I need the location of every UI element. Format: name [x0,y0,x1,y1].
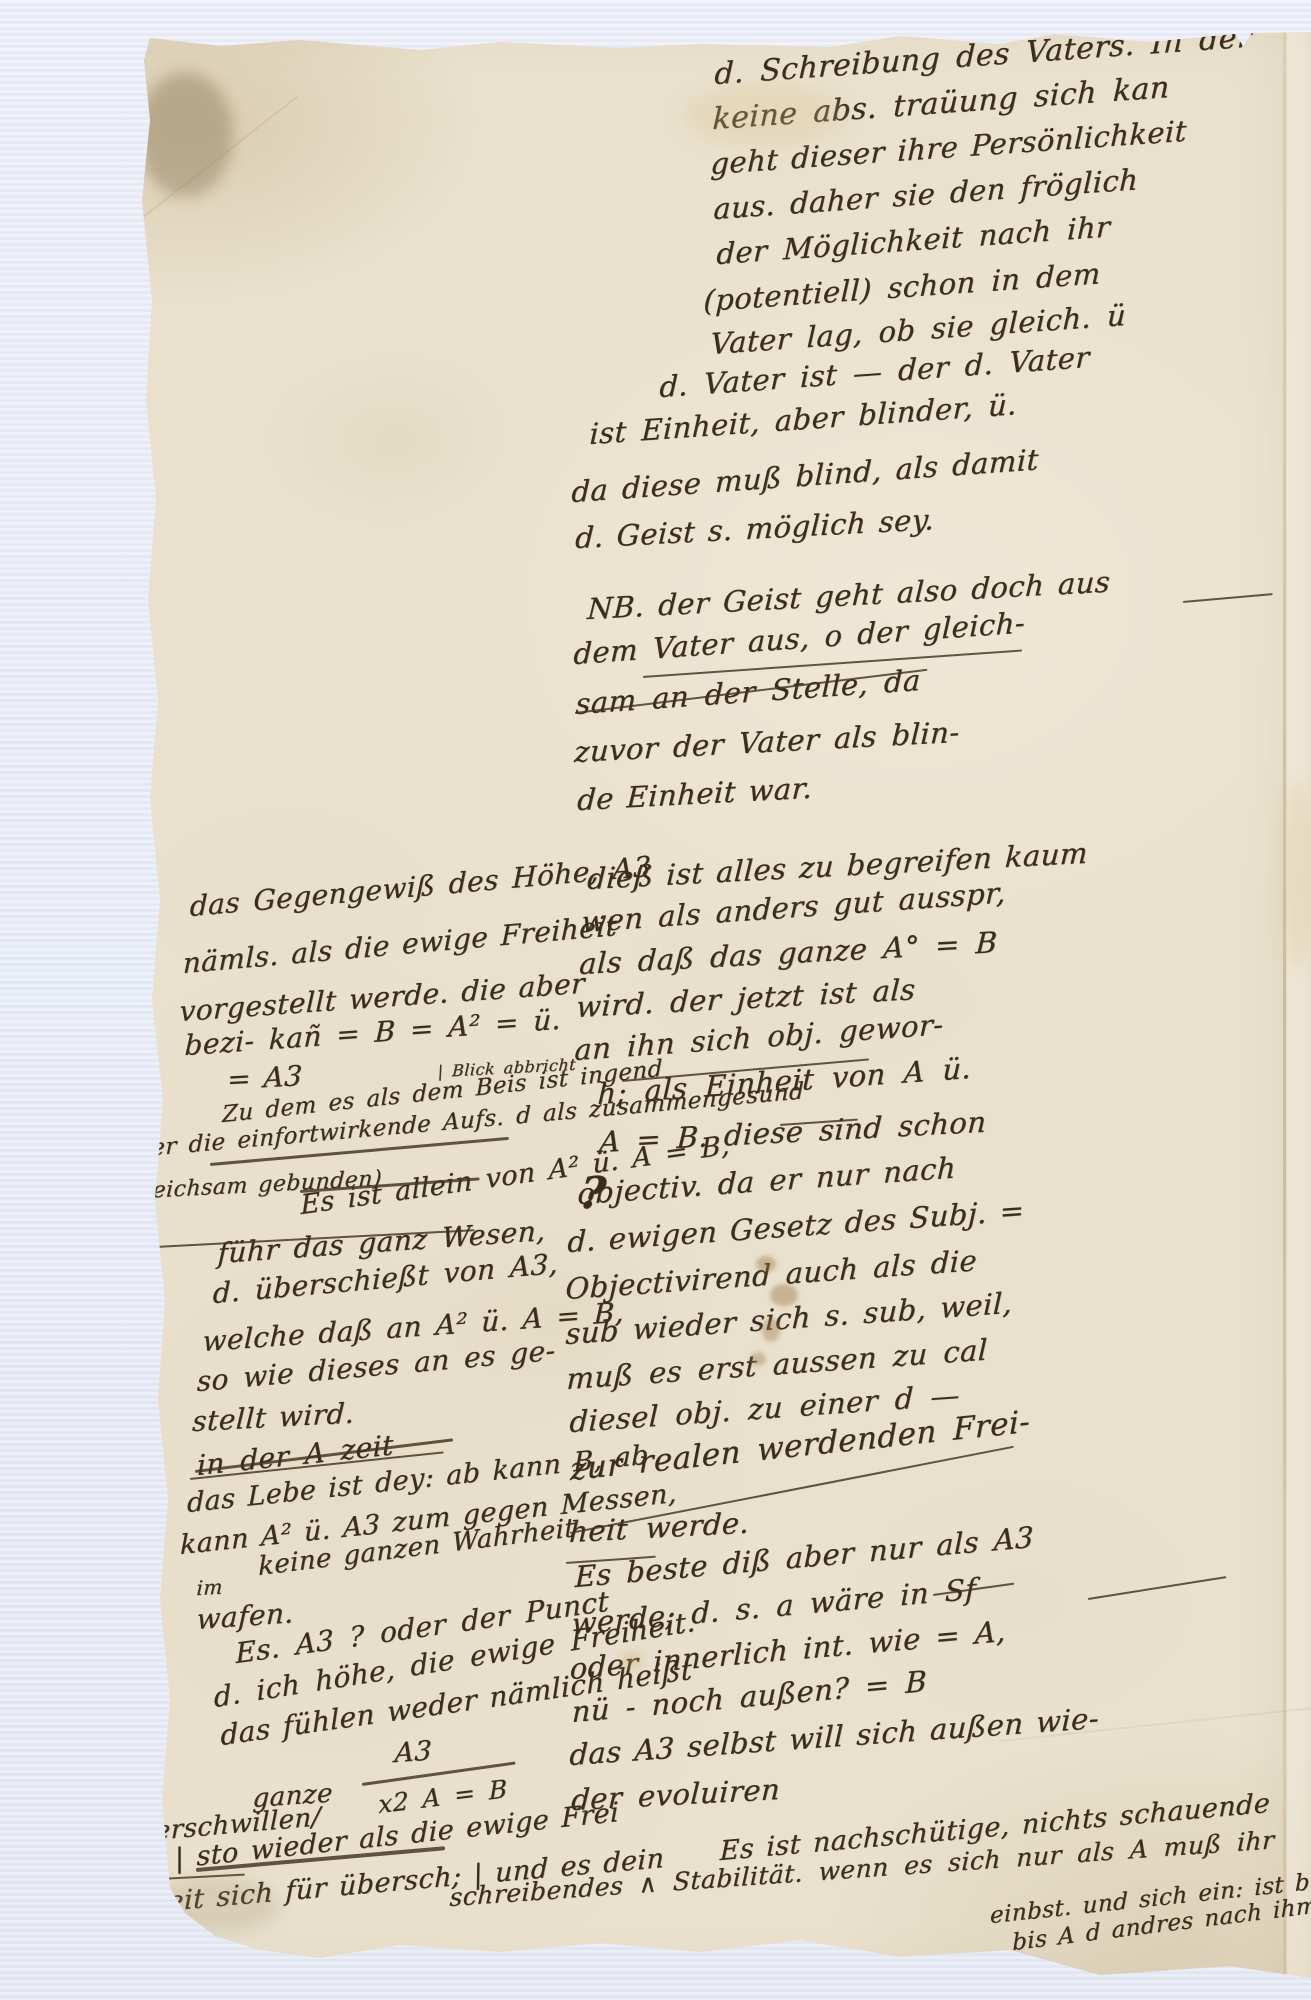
handwriting-line-left: = A3 [227,1062,304,1094]
handwriting-line-right: ist Einheit, aber blinder, ü. [589,390,1017,449]
handwriting-line-left: im [196,1577,223,1598]
handwriting-line-right: als daß das ganze A° = B [578,928,998,979]
handwriting-line-left: wafen. [196,1599,294,1634]
handwriting-line-right: d. Geist s. möglich sey. [574,505,935,553]
handwriting-line-left: stellt wird. [192,1400,356,1437]
handwriting-line-right: d. Schreibung des Vaters. In der [714,22,1252,90]
handwriting-line-right: de Einheit war. [576,774,813,815]
handwriting-layer: d. Schreibung des Vaters. In derkeine ab… [0,0,1311,2000]
pen-stroke-underline-in-sf [1088,1576,1227,1600]
handwriting-line-right: dieß ist alles zu begreifen kaum [586,839,1088,894]
stain-left-edge-spot [96,1438,142,1488]
handwriting-line-right: da diese muß blind, als damit [571,445,1039,507]
scanner-background: d. Schreibung des Vaters. In derkeine ab… [0,0,1311,2000]
manuscript-page: d. Schreibung des Vaters. In derkeine ab… [0,0,1311,2000]
handwriting-line-left: ? [577,1172,608,1216]
handwriting-line-right: NB. der Geist geht also doch aus [586,568,1111,625]
handwriting-line-left: A3 [394,1737,433,1767]
stain-corner-blotch [138,72,233,197]
handwriting-line-right: zuvor der Vater als blin- [573,718,960,767]
pen-stroke-underline-aus [1183,593,1273,603]
stain-edge-tan-stain [1280,780,1311,970]
